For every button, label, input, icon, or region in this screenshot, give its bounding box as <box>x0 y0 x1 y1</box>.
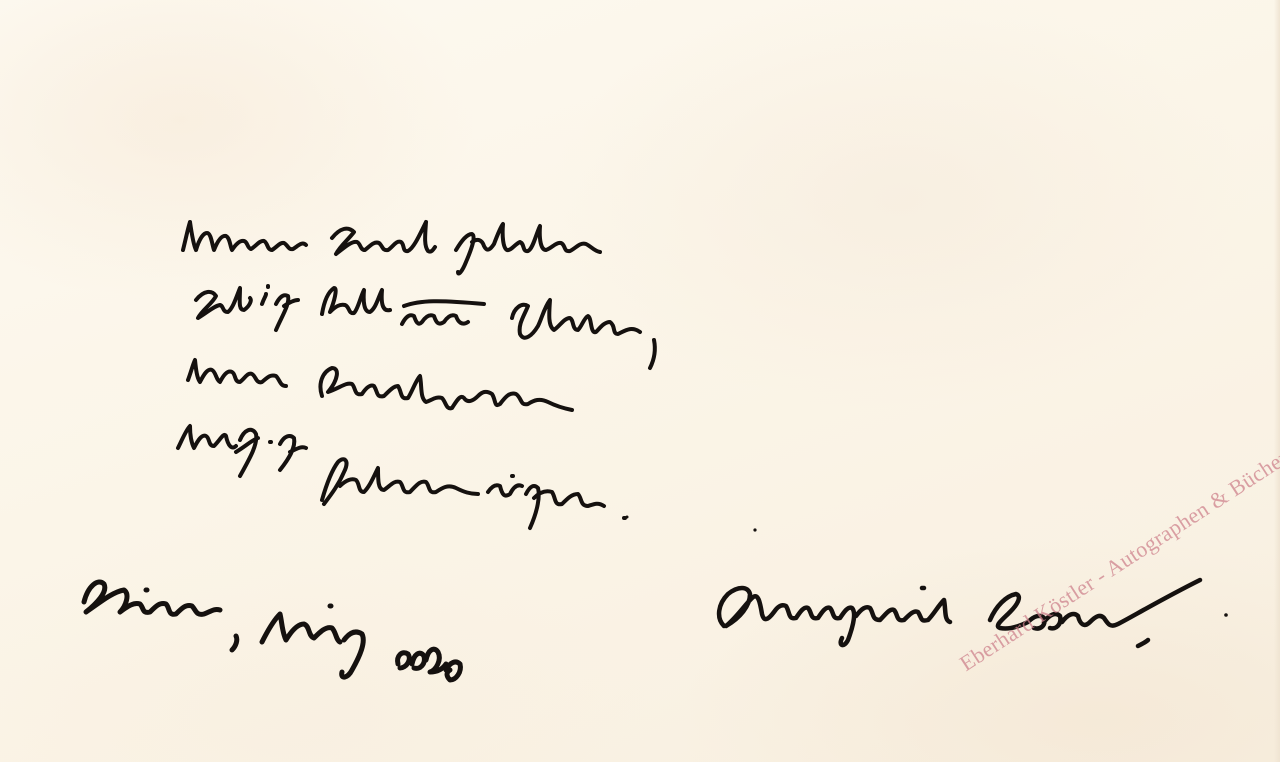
signature: Hieronymus Lorm <box>716 588 1028 628</box>
paper-edge <box>1274 0 1280 762</box>
poem-line-2: Geb ich statt um Gleichen; <box>192 290 598 325</box>
poem-line-4: Muß ich stehend reichen. <box>176 428 566 463</box>
poem-line-1: Meine Hand gehoben <box>180 222 507 257</box>
poem-line-3: Meine Schreibenspflichten <box>186 362 595 397</box>
place-date: Wien, März 1880 <box>80 590 358 628</box>
dealer-watermark: Eberhard Köstler - Autographen & Bücher <box>955 445 1280 677</box>
autograph-sheet: Meine Hand gehoben Geb ich statt um Glei… <box>0 0 1280 762</box>
